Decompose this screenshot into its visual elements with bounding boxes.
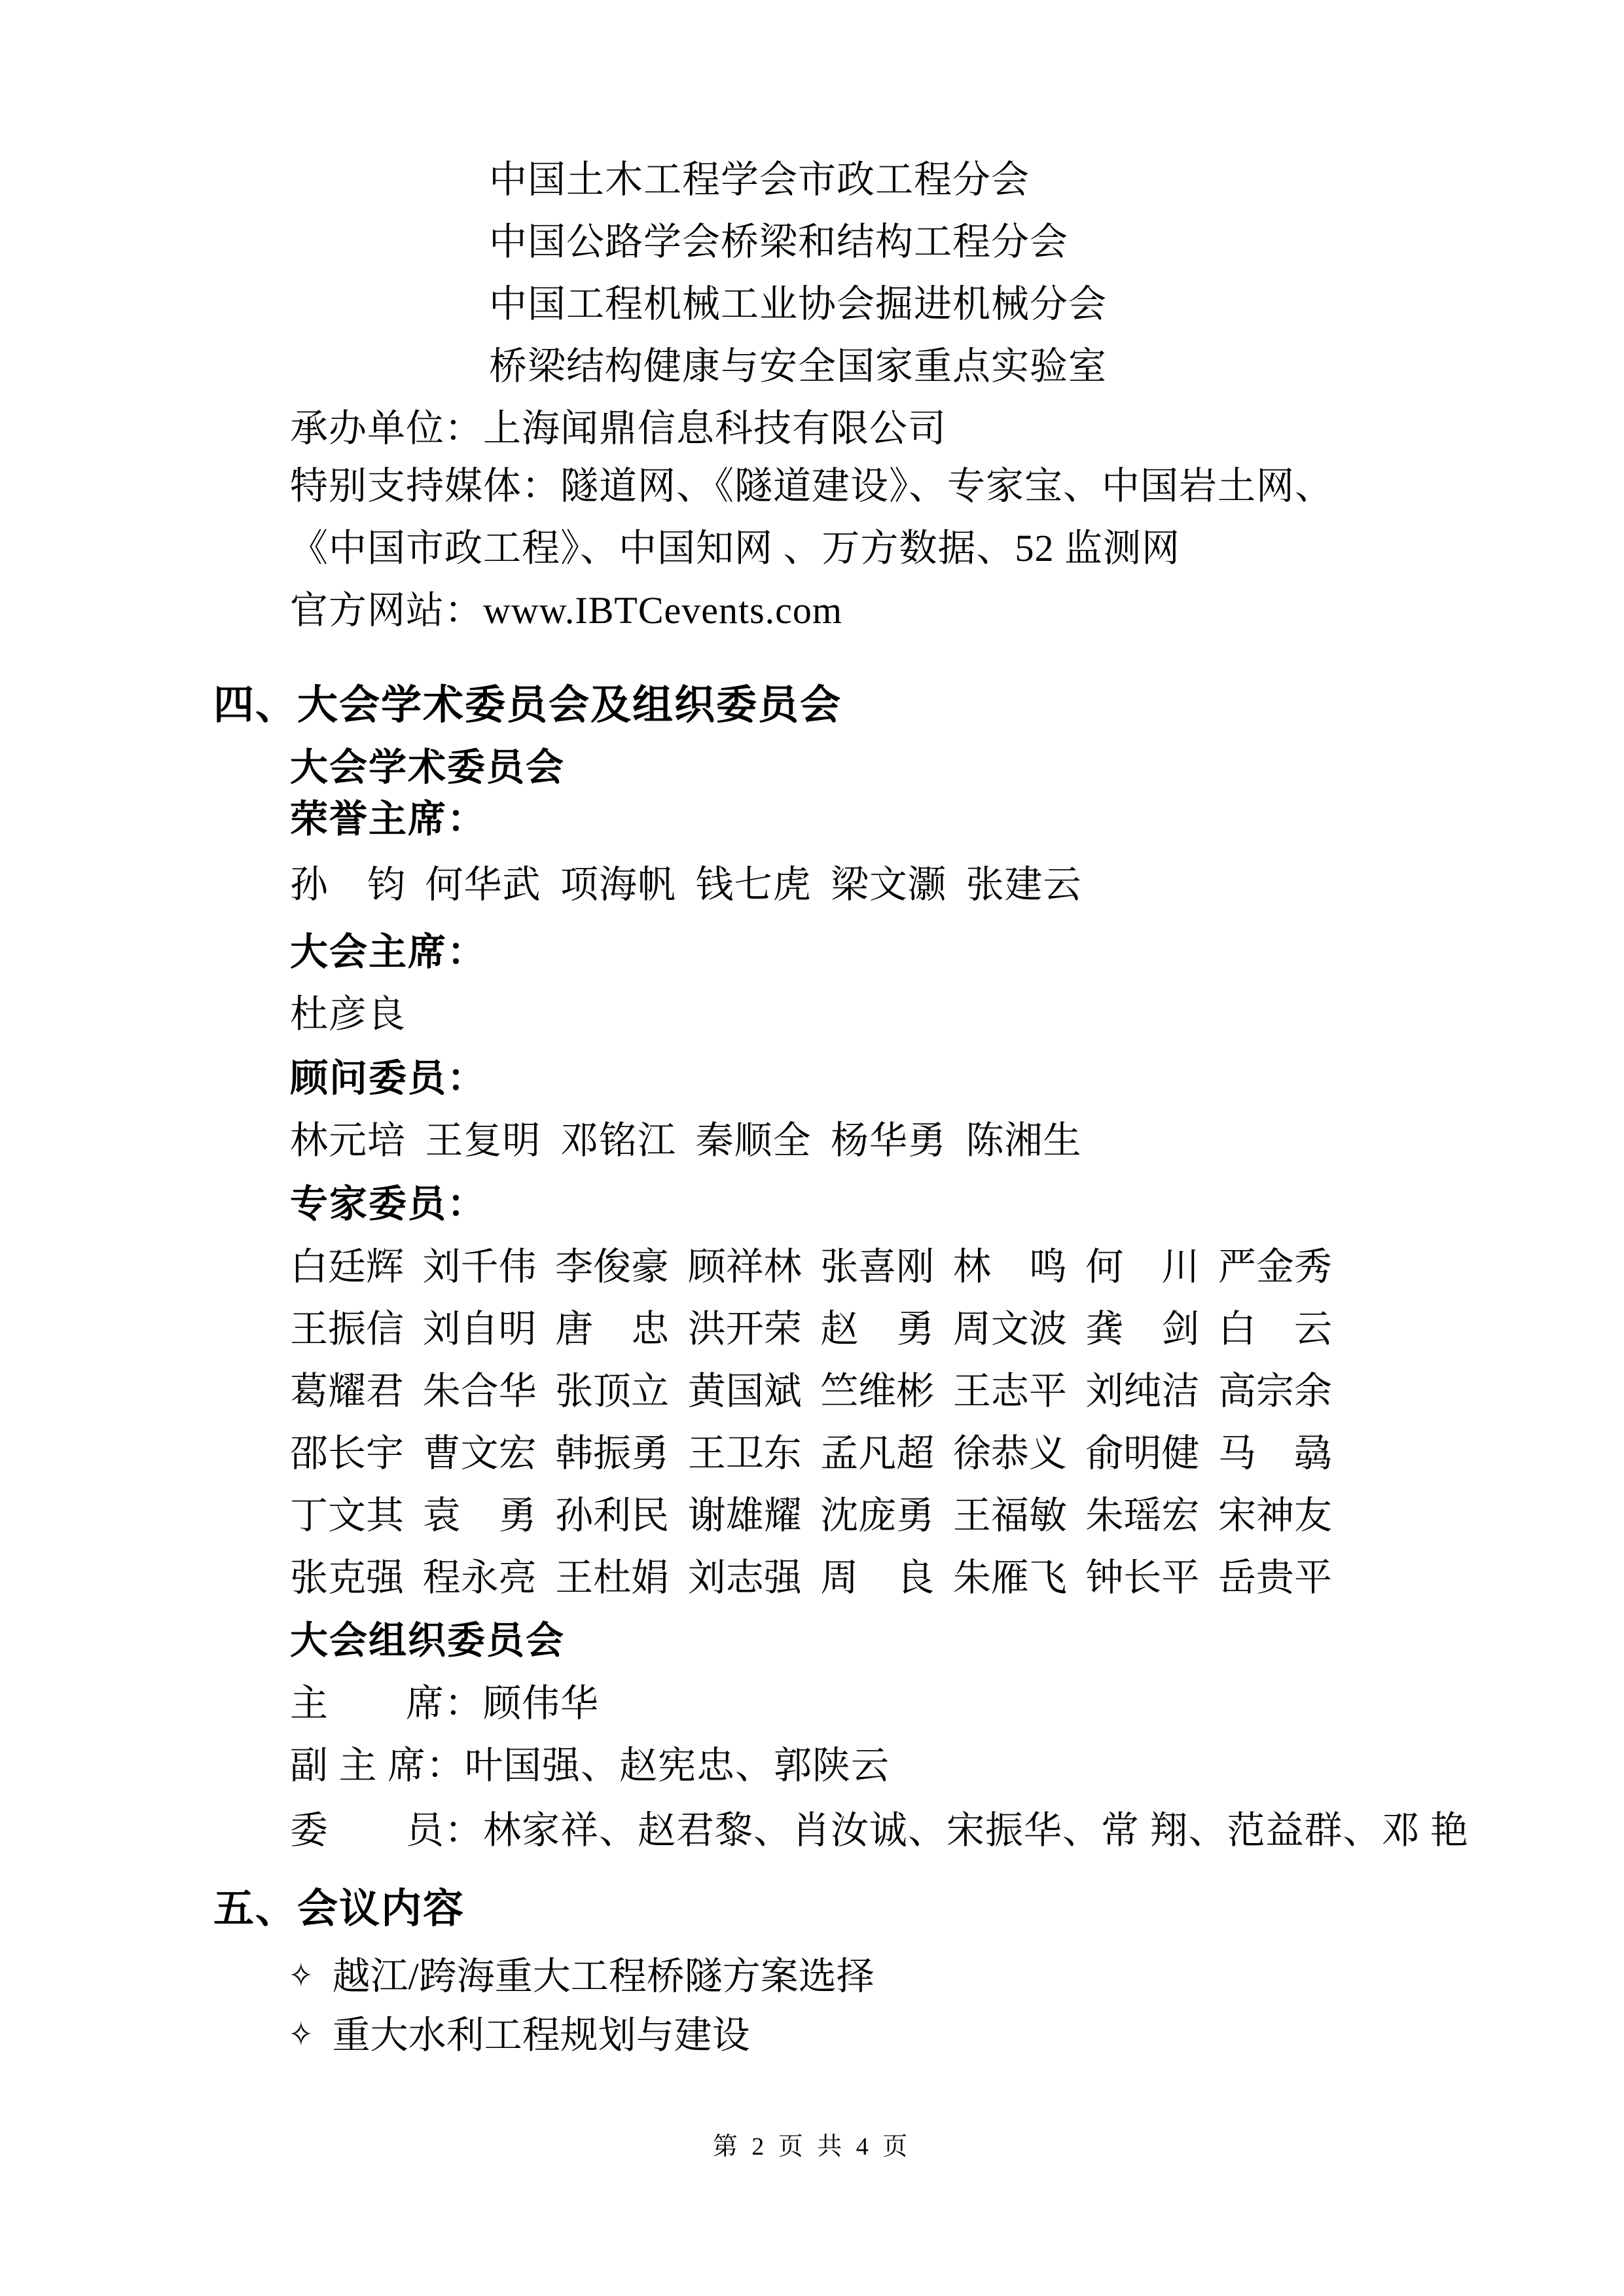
member-name: 徐恭义 (953, 1435, 1067, 1473)
expert-names-row: 张克强程永亮王杜娟刘志强周 良朱雁飞钟长平岳贵平 (290, 1559, 1332, 1597)
expert-label: 专家委员： (290, 1185, 486, 1223)
organizing-vice-chair-line: 副 主 席：叶国强、赵宪忠、郭陕云 (290, 1747, 890, 1785)
member-name: 王志平 (953, 1372, 1067, 1410)
member-name: 葛耀君 (290, 1372, 404, 1410)
agenda-item: ✧越江/跨海重大工程桥隧方案选择 (287, 1958, 875, 1996)
member-name: 刘志强 (688, 1559, 802, 1597)
member-name: 宋神友 (1218, 1497, 1332, 1535)
member-name: 张顶立 (555, 1372, 669, 1410)
member-name: 林 鸣 (953, 1248, 1067, 1286)
document-page: 中国土木工程学会市政工程分会 中国公路学会桥梁和结构工程分会 中国工程机械工业协… (0, 0, 1624, 2296)
section4-heading: 四、大会学术委员会及组织委员会 (213, 685, 842, 726)
member-name: 周 良 (820, 1559, 934, 1597)
member-name: 黄国斌 (688, 1372, 802, 1410)
academic-committee-title: 大会学术委员会 (290, 749, 565, 787)
honorary-chair-names: 孙 钧 何华武 项海帆 钱七虎 梁文灏 张建云 (290, 866, 1082, 904)
section5-heading: 五、会议内容 (213, 1889, 465, 1929)
member-name: 何 川 (1085, 1248, 1199, 1286)
member-name: 李俊豪 (555, 1248, 669, 1286)
member-name: 刘自明 (423, 1310, 537, 1348)
member-name: 严金秀 (1218, 1248, 1332, 1286)
media-line-2: 《中国市政工程》、中国知网 、万方数据、52 监测网 (290, 529, 1180, 567)
member-name: 白 云 (1218, 1310, 1332, 1348)
member-name: 白廷辉 (290, 1248, 404, 1286)
org-line: 桥梁结构健康与安全国家重点实验室 (489, 348, 1107, 386)
member-name: 王杜娟 (555, 1559, 669, 1597)
expert-names-row: 王振信刘自明唐 忠洪开荣赵 勇周文波龚 剑白 云 (290, 1310, 1332, 1348)
member-name: 谢雄耀 (688, 1497, 802, 1535)
member-name: 刘纯洁 (1085, 1372, 1199, 1410)
honorary-chair-label: 荣誉主席： (290, 800, 486, 838)
organizing-members-line: 委 员：林家祥、赵君黎、肖汝诚、宋振华、常 翔、范益群、邓 艳 (290, 1812, 1469, 1850)
member-name: 赵 勇 (820, 1310, 934, 1348)
member-name: 曹文宏 (423, 1435, 537, 1473)
undertaker-line: 承办单位：上海闻鼎信息科技有限公司 (290, 410, 947, 448)
diamond-bullet-icon: ✧ (289, 2018, 313, 2053)
website-line: 官方网站：www.IBTCevents.com (290, 592, 842, 630)
member-name: 高宗余 (1218, 1372, 1332, 1410)
member-name: 张克强 (290, 1559, 404, 1597)
member-name: 龚 剑 (1085, 1310, 1199, 1348)
member-name: 朱瑶宏 (1085, 1497, 1199, 1535)
member-name: 唐 忠 (555, 1310, 669, 1348)
member-name: 孟凡超 (820, 1435, 934, 1473)
media-line-1: 特别支持媒体：隧道网、《隧道建设》、专家宝、中国岩土网、 (290, 467, 1333, 505)
organizing-chair-line: 主 席：顾伟华 (290, 1685, 599, 1723)
agenda-item-text: 重大水利工程规划与建设 (333, 2017, 750, 2054)
member-name: 王福敏 (953, 1497, 1067, 1535)
expert-names-row: 葛耀君朱合华张顶立黄国斌竺维彬王志平刘纯洁高宗余 (290, 1372, 1332, 1410)
member-name: 朱合华 (423, 1372, 537, 1410)
advisor-label: 顾问委员： (290, 1060, 486, 1098)
org-line: 中国公路学会桥梁和结构工程分会 (489, 223, 1068, 261)
member-name: 俞明健 (1085, 1435, 1199, 1473)
member-name: 岳贵平 (1218, 1559, 1332, 1597)
agenda-item-text: 越江/跨海重大工程桥隧方案选择 (333, 1958, 875, 1996)
member-name: 王卫东 (688, 1435, 802, 1473)
member-name: 顾祥林 (688, 1248, 802, 1286)
member-name: 邵长宇 (290, 1435, 404, 1473)
expert-names-row: 丁文其袁 勇孙利民谢雄耀沈庞勇王福敏朱瑶宏宋神友 (290, 1497, 1332, 1535)
member-name: 竺维彬 (820, 1372, 934, 1410)
agenda-item: ✧重大水利工程规划与建设 (287, 2017, 750, 2054)
member-name: 丁文其 (290, 1497, 404, 1535)
diamond-bullet-icon: ✧ (289, 1960, 313, 1994)
member-name: 周文波 (953, 1310, 1067, 1348)
chair-label: 大会主席： (290, 933, 486, 971)
member-name: 刘千伟 (423, 1248, 537, 1286)
member-name: 洪开荣 (688, 1310, 802, 1348)
member-name: 马 骉 (1218, 1435, 1332, 1473)
member-name: 程永亮 (423, 1559, 537, 1597)
member-name: 钟长平 (1085, 1559, 1199, 1597)
member-name: 张喜刚 (820, 1248, 934, 1286)
org-line: 中国土木工程学会市政工程分会 (489, 161, 1030, 199)
member-name: 王振信 (290, 1310, 404, 1348)
chair-name: 杜彦良 (290, 996, 406, 1033)
member-name: 朱雁飞 (953, 1559, 1067, 1597)
expert-names-row: 邵长宇曹文宏韩振勇王卫东孟凡超徐恭义俞明健马 骉 (290, 1435, 1332, 1473)
advisor-names: 林元培 王复明 邓铭江 秦顺全 杨华勇 陈湘生 (290, 1122, 1082, 1160)
organizing-committee-title: 大会组织委员会 (290, 1622, 565, 1660)
member-name: 袁 勇 (423, 1497, 537, 1535)
org-line: 中国工程机械工业协会掘进机械分会 (489, 285, 1107, 323)
member-name: 孙利民 (555, 1497, 669, 1535)
member-name: 沈庞勇 (820, 1497, 934, 1535)
member-name: 韩振勇 (555, 1435, 669, 1473)
page-number-footer: 第 2 页 共 4 页 (0, 2134, 1624, 2159)
expert-names-row: 白廷辉刘千伟李俊豪顾祥林张喜刚林 鸣何 川严金秀 (290, 1248, 1332, 1286)
